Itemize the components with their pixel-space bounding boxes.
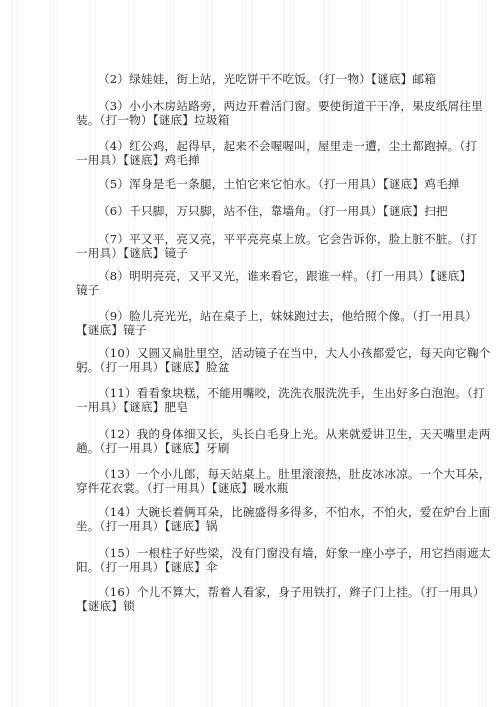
riddle-line: 穿件花衣裳。（打一用具）【谜底】暖水瓶 [76, 482, 426, 496]
riddle-item-9: （9）脸儿亮光光，站在桌子上，妹妹跑过去，他给照个像。（打一用具） 【谜底】镜子 [76, 310, 426, 337]
riddle-line: （14）大碗长着俩耳朵，比碗盛得多得多，不怕水，不怕火，爱在炉台上面 [76, 506, 426, 520]
riddle-line: 一用具）【谜底】肥皂 [76, 401, 426, 415]
riddle-line: （16）个儿不算大，帮着人看家，身子用铁打，辫子门上挂。（打一用具） [76, 586, 426, 600]
riddle-line: （7）平又平，亮又亮，平平亮亮桌上放。它会告诉你，脸上脏不脏。（打 [76, 233, 426, 247]
riddle-line: 坐。（打一用具）【谜底】锅 [76, 520, 426, 534]
riddle-line: （6）千只脚，万只脚，站不住，靠墙角。（打一用具）【谜底】扫把 [76, 205, 426, 219]
riddle-item-13: （13）一个小儿郎，每天站桌上。肚里滚滚热，肚皮冰冰凉。一个大耳朵， 穿件花衣裳… [76, 468, 426, 495]
riddle-line: 趟。（打一用具）【谜底】牙刷 [76, 442, 426, 456]
riddle-item-16: （16）个儿不算大，帮着人看家，身子用铁打，辫子门上挂。（打一用具） 【谜底】锁 [76, 586, 426, 613]
riddle-item-2: （2）绿娃娃，街上站，光吃饼干不吃饭。（打一物）【谜底】邮箱 [76, 73, 426, 87]
riddle-line: （13）一个小儿郎，每天站桌上。肚里滚滚热，肚皮冰冰凉。一个大耳朵， [76, 468, 426, 482]
riddle-item-11: （11）看看象块糕，不能用嘴咬，洗洗衣服洗洗手，生出好多白泡泡。（打 一用具）【… [76, 387, 426, 414]
riddle-item-14: （14）大碗长着俩耳朵，比碗盛得多得多，不怕水，不怕火，爱在炉台上面 坐。（打一… [76, 506, 426, 533]
riddle-line: （5）浑身是毛一条腿，土怕它来它怕水。（打一用具）【谜底】鸡毛掸 [76, 178, 426, 192]
riddle-item-15: （15）一根柱子好些梁，没有门窗没有墙，好象一座小亭子，用它挡雨遮太 阳。（打一… [76, 547, 426, 574]
riddle-line: 装。（打一物）【谜底】垃圾箱 [76, 114, 426, 128]
riddle-line: 【谜底】锁 [76, 600, 426, 614]
riddle-item-4: （4）红公鸡，起得早，起来不会喔喔叫，屋里走一遭，尘土都跑掉。（打 一用具）【谜… [76, 140, 426, 167]
riddle-item-10: （10）又圆又扁肚里空，活动镜子在当中，大人小孩都爱它，每天向它鞠个 躬。（打一… [76, 347, 426, 374]
riddle-item-12: （12）我的身体细又长，头长白毛身上光。从来就爱讲卫生，天天嘴里走两 趟。（打一… [76, 428, 426, 455]
riddle-line: （10）又圆又扁肚里空，活动镜子在当中，大人小孩都爱它，每天向它鞠个 [76, 347, 426, 361]
riddle-line: （4）红公鸡，起得早，起来不会喔喔叫，屋里走一遭，尘土都跑掉。（打 [76, 140, 426, 154]
riddle-item-3: （3）小小木房站路旁，两边开着活门窗。要使街道干干净，果皮纸屑往里 装。（打一物… [76, 100, 426, 127]
riddle-line: 【谜底】镜子 [76, 324, 426, 338]
riddle-line: （3）小小木房站路旁，两边开着活门窗。要使街道干干净，果皮纸屑往里 [76, 100, 426, 114]
riddle-line: （8）明明亮亮，又平又光，谁来看它，跟谁一样。（打一用具）【谜底】 [76, 270, 426, 284]
riddle-line: 阳。（打一用具）【谜底】伞 [76, 561, 426, 575]
riddle-line: （9）脸儿亮光光，站在桌子上，妹妹跑过去，他给照个像。（打一用具） [76, 310, 426, 324]
riddle-line: 躬。（打一用具）【谜底】脸盆 [76, 361, 426, 375]
riddle-item-6: （6）千只脚，万只脚，站不住，靠墙角。（打一用具）【谜底】扫把 [76, 205, 426, 219]
riddle-line: （11）看看象块糕，不能用嘴咬，洗洗衣服洗洗手，生出好多白泡泡。（打 [76, 387, 426, 401]
riddle-line: 镜子 [76, 284, 426, 298]
riddle-line: 一用具）【谜底】镜子 [76, 247, 426, 261]
riddle-item-7: （7）平又平，亮又亮，平平亮亮桌上放。它会告诉你，脸上脏不脏。（打 一用具）【谜… [76, 233, 426, 260]
riddle-line: （15）一根柱子好些梁，没有门窗没有墙，好象一座小亭子，用它挡雨遮太 [76, 547, 426, 561]
riddle-item-8: （8）明明亮亮，又平又光，谁来看它，跟谁一样。（打一用具）【谜底】 镜子 [76, 270, 426, 297]
riddle-item-5: （5）浑身是毛一条腿，土怕它来它怕水。（打一用具）【谜底】鸡毛掸 [76, 178, 426, 192]
riddle-line: （2）绿娃娃，街上站，光吃饼干不吃饭。（打一物）【谜底】邮箱 [76, 73, 426, 87]
riddle-line: 一用具）【谜底】鸡毛掸 [76, 154, 426, 168]
riddle-line: （12）我的身体细又长，头长白毛身上光。从来就爱讲卫生，天天嘴里走两 [76, 428, 426, 442]
